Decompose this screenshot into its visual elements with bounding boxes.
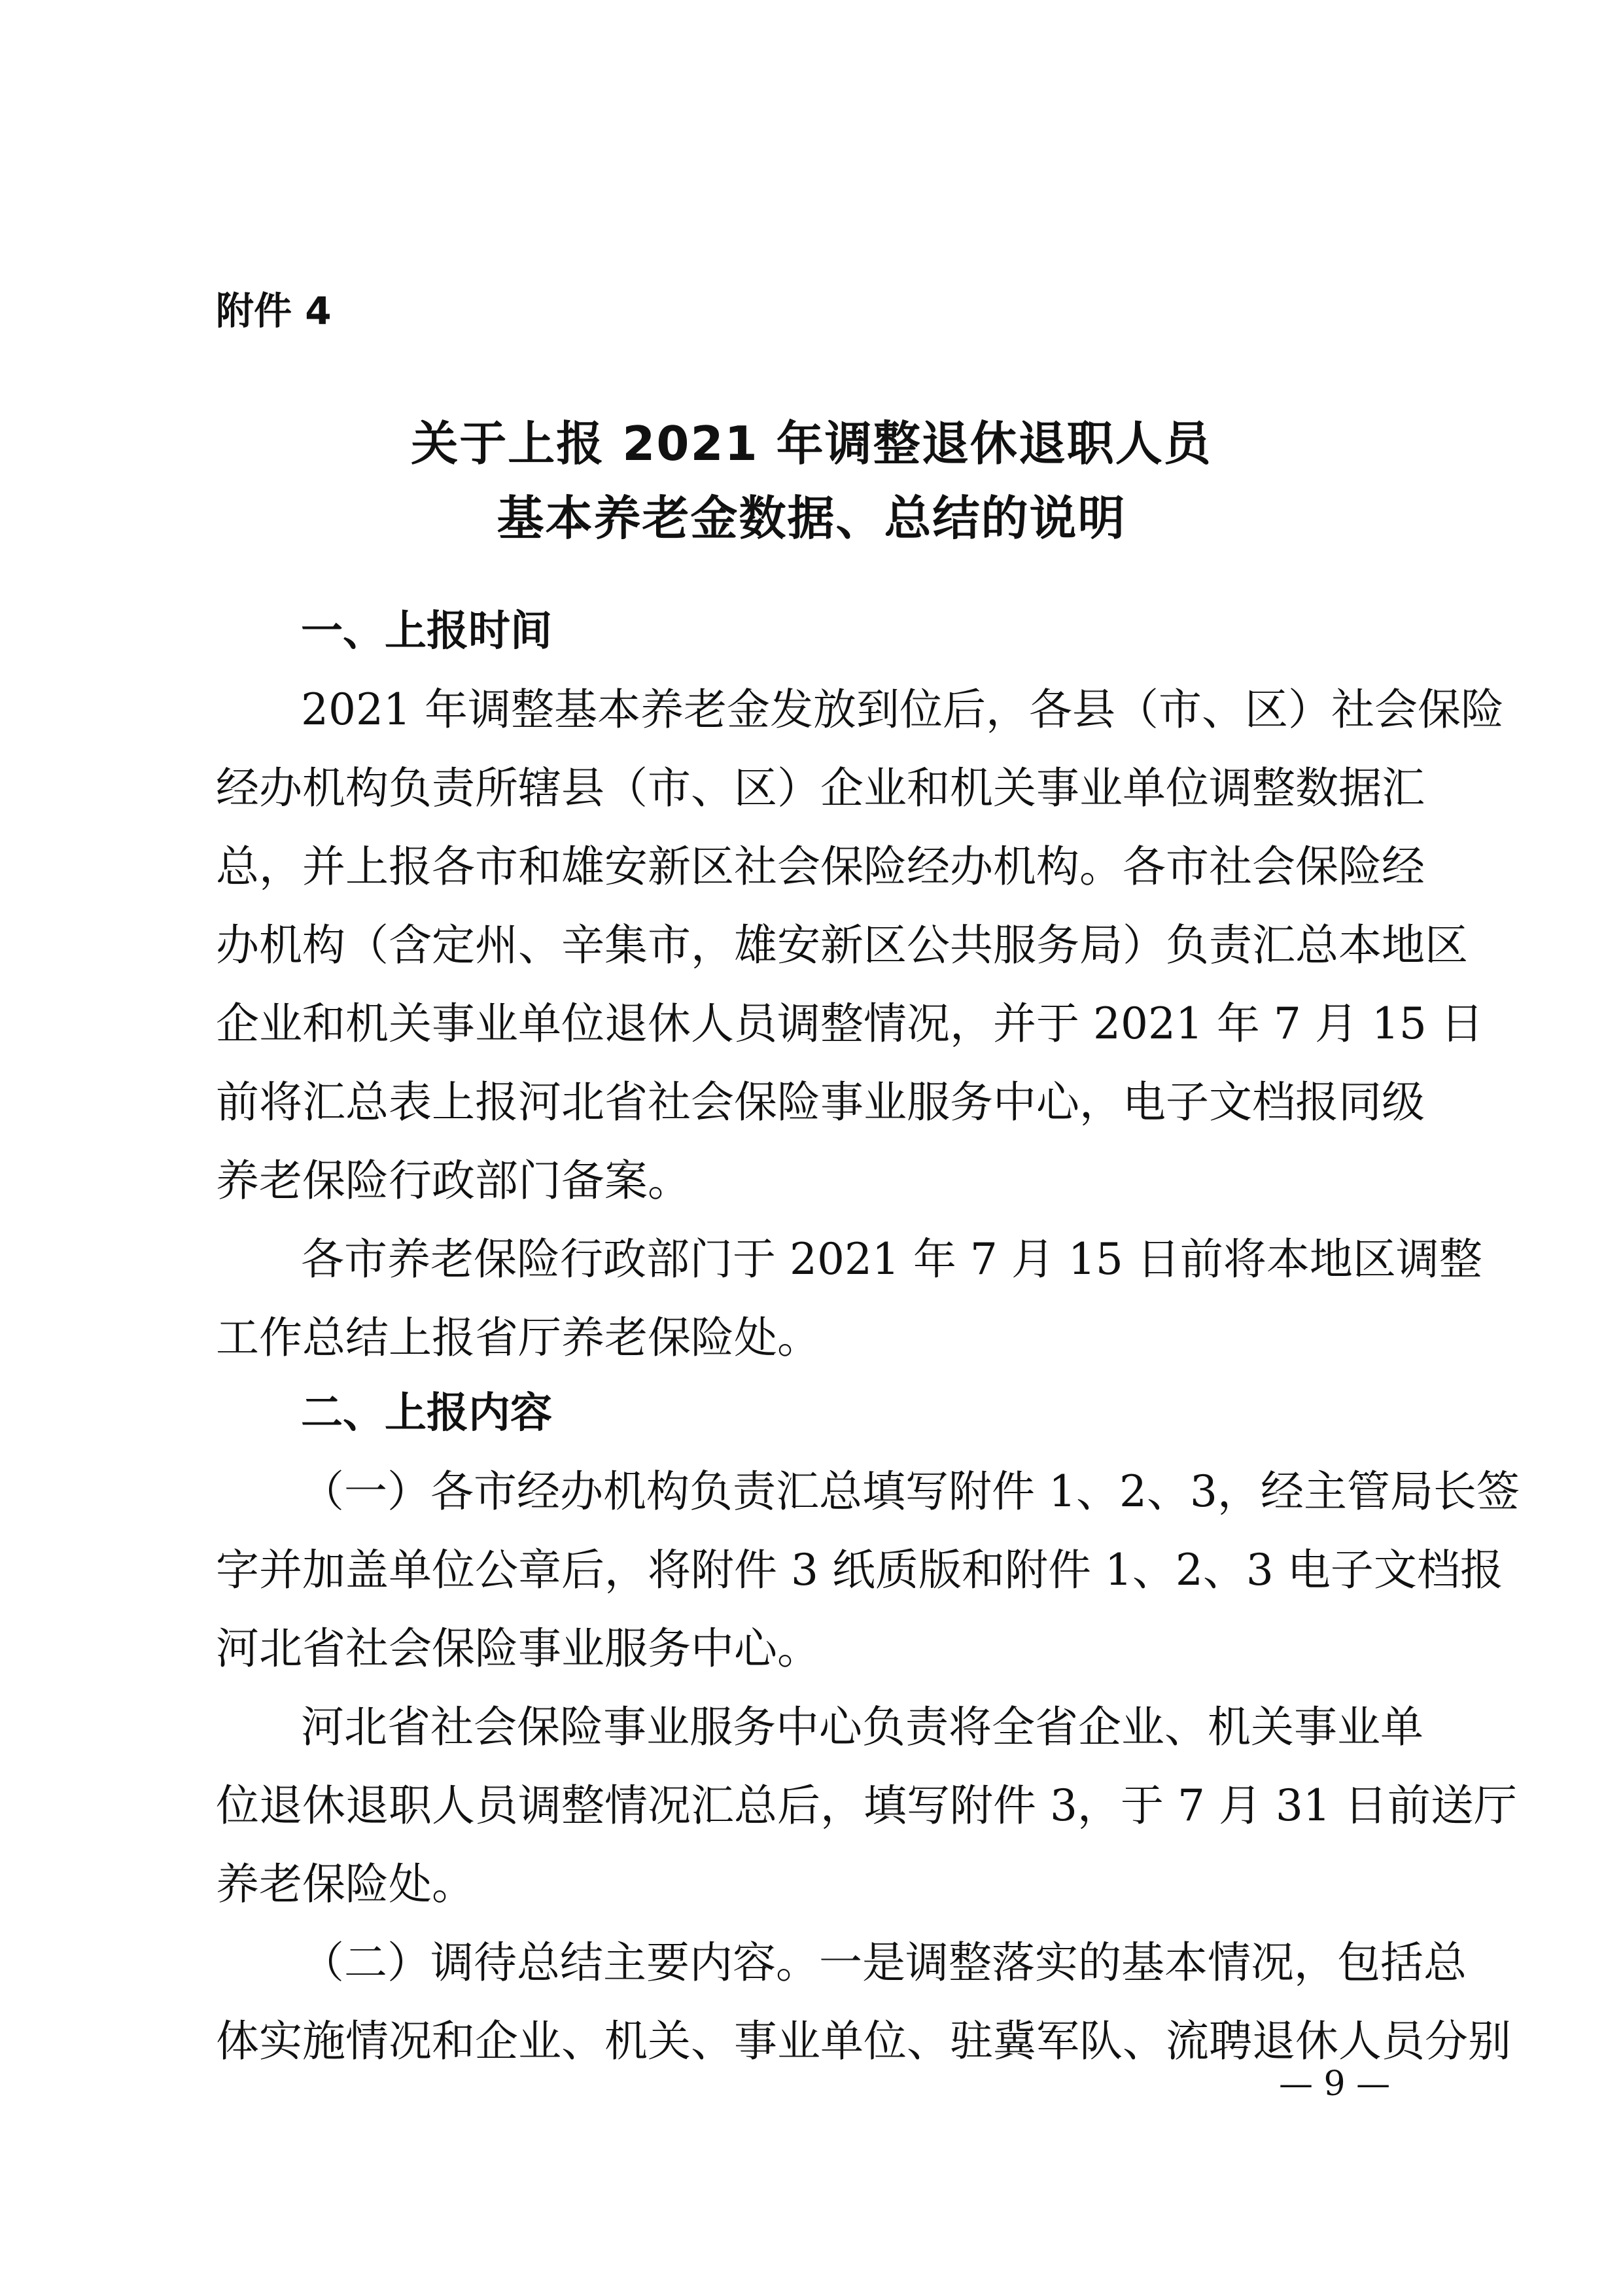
paragraph-line: 办机构（含定州、辛集市，雄安新区公共服务局）负责汇总本地区 (216, 916, 1403, 975)
document-title-line-2: 基本养老金数据、总结的说明 (0, 486, 1623, 551)
paragraph-line: 工作总结上报省厅养老保险处。 (216, 1309, 1403, 1368)
paragraph-line: 企业和机关事业单位退休人员调整情况，并于 2021 年 7 月 15 日 (216, 995, 1403, 1053)
paragraph-line: 2021 年调整基本养老金发放到位后，各县（市、区）社会保险 (301, 680, 1403, 739)
paragraph-line: 各市养老保险行政部门于 2021 年 7 月 15 日前将本地区调整 (301, 1230, 1403, 1289)
paragraph-line: 位退休退职人员调整情况汇总后，填写附件 3，于 7 月 31 日前送厅 (216, 1776, 1403, 1835)
paragraph-line: 字并加盖单位公章后，将附件 3 纸质版和附件 1、2、3 电子文档报 (216, 1541, 1403, 1600)
paragraph-line: （一）各市经办机构负责汇总填写附件 1、2、3，经主管局长签 (301, 1462, 1403, 1521)
paragraph-line: 经办机构负责所辖县（市、区）企业和机关事业单位调整数据汇 (216, 759, 1403, 818)
paragraph-line: 体实施情况和企业、机关、事业单位、驻冀军队、流聘退休人员分别 (216, 2012, 1403, 2071)
section-heading-reporting-time: 一、上报时间 (301, 602, 552, 661)
attachment-label: 附件 4 (216, 281, 332, 340)
section-heading-reporting-content: 二、上报内容 (301, 1384, 552, 1443)
paragraph-line: 养老保险行政部门备案。 (216, 1152, 1403, 1210)
paragraph-line: 前将汇总表上报河北省社会保险事业服务中心，电子文档报同级 (216, 1073, 1403, 1132)
paragraph-line: （二）调待总结主要内容。一是调整落实的基本情况，包括总 (301, 1934, 1403, 1992)
paragraph-line: 河北省社会保险事业服务中心。 (216, 1619, 1403, 1678)
paragraph-line: 河北省社会保险事业服务中心负责将全省企业、机关事业单 (301, 1698, 1403, 1757)
page-number: — 9 — (1279, 2061, 1390, 2107)
paragraph-line: 总，并上报各市和雄安新区社会保险经办机构。各市社会保险经 (216, 838, 1403, 896)
paragraph-line: 养老保险处。 (216, 1855, 1403, 1914)
document-title-line-1: 关于上报 2021 年调整退休退职人员 (0, 411, 1623, 476)
document-page: 附件 4 关于上报 2021 年调整退休退职人员 基本养老金数据、总结的说明 一… (0, 0, 1623, 2296)
